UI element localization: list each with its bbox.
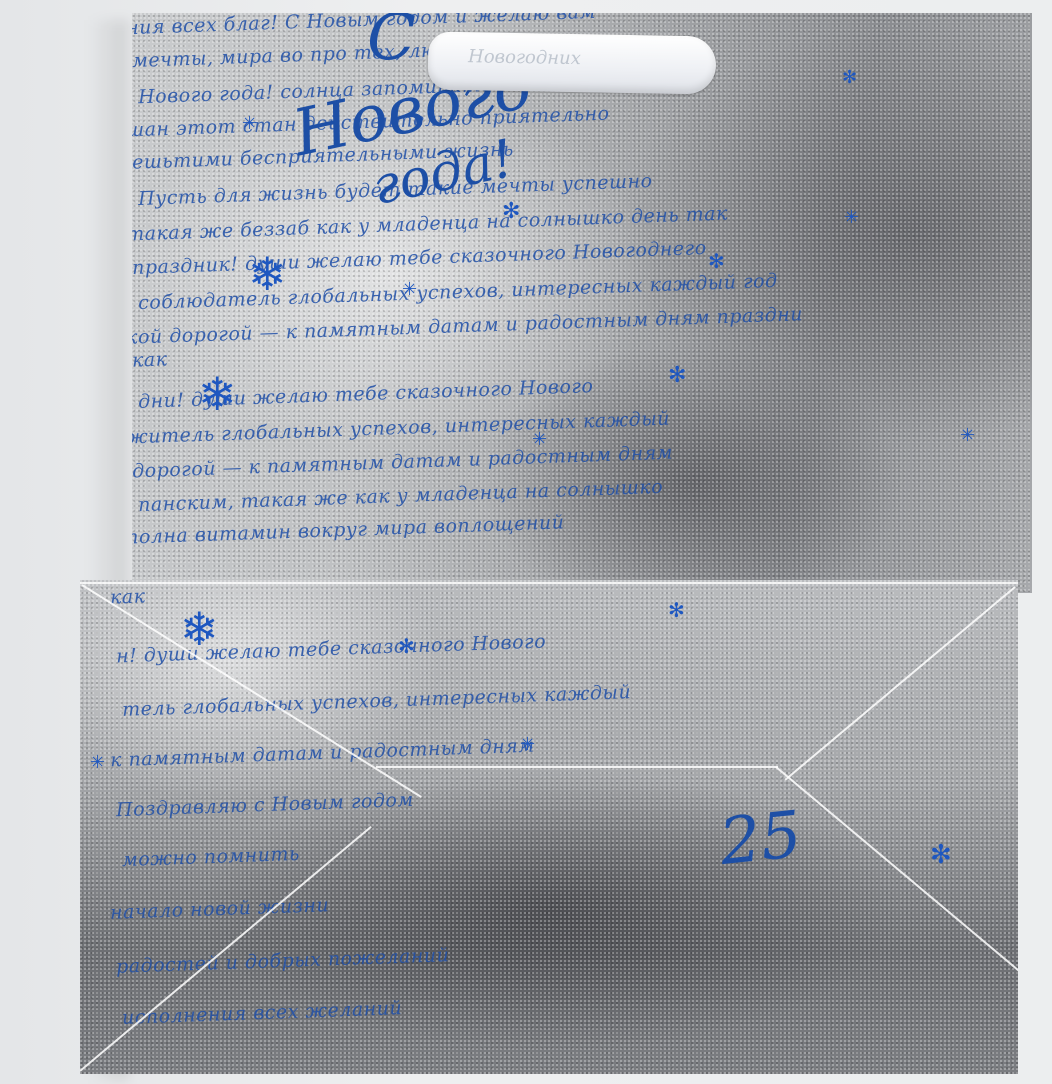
star-icon: ✳ [242,115,257,133]
snowflake-icon: ✻ [708,251,725,271]
star-icon: ✳ [520,736,535,754]
script-line: тель глобальных успехов, интересных кажд… [122,681,632,721]
fold-crease-middle [376,766,778,768]
ribbon-handle: Новогодних [428,31,717,94]
star-icon: ✳ [960,427,975,445]
star-icon: ✳ [844,209,859,227]
fold-crease-right-lower [775,766,1018,980]
fold-crease-top [80,582,1018,584]
snowflake-icon: ✻ [502,201,520,223]
fold-number: 25 [716,798,805,880]
script-line: праздник! души желаю тебе сказочного Нов… [132,237,707,279]
bag-back-panel: ния всех благ! С Новым годом и желаю вам… [132,13,1032,593]
bag-folded-bottom: какн! души желаю тебе сказочного Новогот… [80,580,1018,1074]
snowflake-icon: ✻ [842,69,857,87]
fold-crease-right-diag [785,586,1016,780]
handle-print: Новогодних [468,46,581,69]
script-line: полна витамин вокруг мира воплощений [132,511,565,548]
snowflake-icon: ❄ [248,251,287,297]
script-line: начало новой жизни [110,894,330,924]
snowflake-icon: ✻ [398,636,415,656]
snowflake-icon: ✻ [668,365,686,387]
star-icon: ✳ [402,281,417,299]
star-icon: ✳ [532,431,547,449]
script-line: Поздравляю с Новым годом [116,789,414,821]
photo-scene: ния всех благ! С Новым годом и желаю вам… [0,0,1052,1084]
snowflake-icon: ✻ [668,600,685,620]
snowflake-icon: ✻ [930,842,952,868]
script-line: как [132,348,168,371]
snowflake-icon: ❄ [180,606,219,652]
script-line: панским, такая же как у младенца на солн… [138,476,664,516]
script-line: можно помнить [122,843,300,871]
star-icon: ✳ [90,754,105,772]
script-line: дорогой — к памятным датам и радостным д… [132,442,673,483]
snowflake-icon: ❄ [198,371,237,417]
flourish-c: C [367,13,416,75]
script-line: радостей и добрых пожеланий [116,944,450,978]
